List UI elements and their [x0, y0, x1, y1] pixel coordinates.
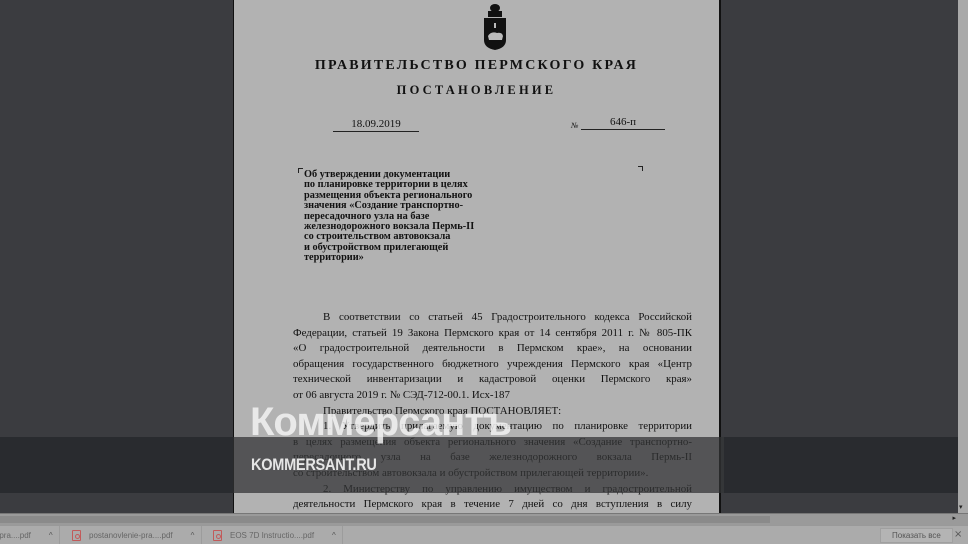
pdf-viewer: ПРАВИТЕЛЬСТВО ПЕРМСКОГО КРАЯ ПОСТАНОВЛЕН… — [0, 0, 958, 513]
downloads-bar: ...-pra....pdf ^ postanovlenie-pra....pd… — [0, 525, 968, 544]
document-subject: Об утверждении документации по планировк… — [304, 170, 564, 264]
scroll-right-arrow-icon[interactable]: ▸ — [952, 514, 956, 522]
subject-bracket-left — [298, 168, 303, 173]
vertical-scrollbar[interactable]: ▾ — [958, 0, 968, 513]
coat-of-arms-icon — [481, 2, 509, 52]
chevron-up-icon[interactable]: ^ — [332, 531, 336, 540]
body-line: деятельности Пермского края в течение 7 … — [293, 497, 692, 513]
kommersant-site: KOMMERSANT.RU — [251, 456, 377, 475]
document-number: 646-п — [581, 116, 665, 130]
close-icon[interactable]: × — [954, 529, 962, 540]
download-item[interactable]: EOS 7D Instructio....pdf ^ — [203, 526, 343, 544]
document-date: 18.09.2019 — [333, 118, 419, 132]
body-line: Федерации, статьей 19 Закона Пермского к… — [293, 326, 692, 342]
government-title: ПРАВИТЕЛЬСТВО ПЕРМСКОГО КРАЯ — [234, 58, 719, 74]
body-line: технической инвентаризации и кадастровой… — [293, 372, 692, 388]
subject-line: территории» — [304, 253, 564, 263]
number-label: № — [571, 121, 579, 130]
horizontal-scroll-thumb[interactable] — [0, 516, 770, 523]
document-type: ПОСТАНОВЛЕНИЕ — [234, 83, 719, 98]
body-line: «О градостроительной деятельности в Перм… — [293, 341, 692, 357]
chevron-up-icon[interactable]: ^ — [191, 531, 195, 540]
download-filename: EOS 7D Instructio....pdf — [230, 531, 314, 540]
pdf-icon — [72, 530, 81, 541]
download-item[interactable]: ...-pra....pdf ^ — [0, 526, 60, 544]
download-filename: ...-pra....pdf — [0, 531, 31, 540]
body-line: обращения государственного бюджетного уч… — [293, 357, 692, 373]
horizontal-scrollbar[interactable]: ▸ — [0, 513, 968, 525]
show-all-downloads-button[interactable]: Показать все — [880, 528, 953, 543]
pdf-icon — [213, 530, 222, 541]
body-line: В соответствии со статьей 45 Градостроит… — [293, 310, 692, 326]
scroll-down-arrow-icon[interactable]: ▾ — [959, 503, 963, 511]
kommersant-logo: Коммерсантъ — [250, 400, 511, 444]
download-item[interactable]: postanovlenie-pra....pdf ^ — [62, 526, 202, 544]
chevron-up-icon[interactable]: ^ — [49, 531, 53, 540]
subject-bracket-right — [638, 166, 643, 171]
download-filename: postanovlenie-pra....pdf — [89, 531, 173, 540]
